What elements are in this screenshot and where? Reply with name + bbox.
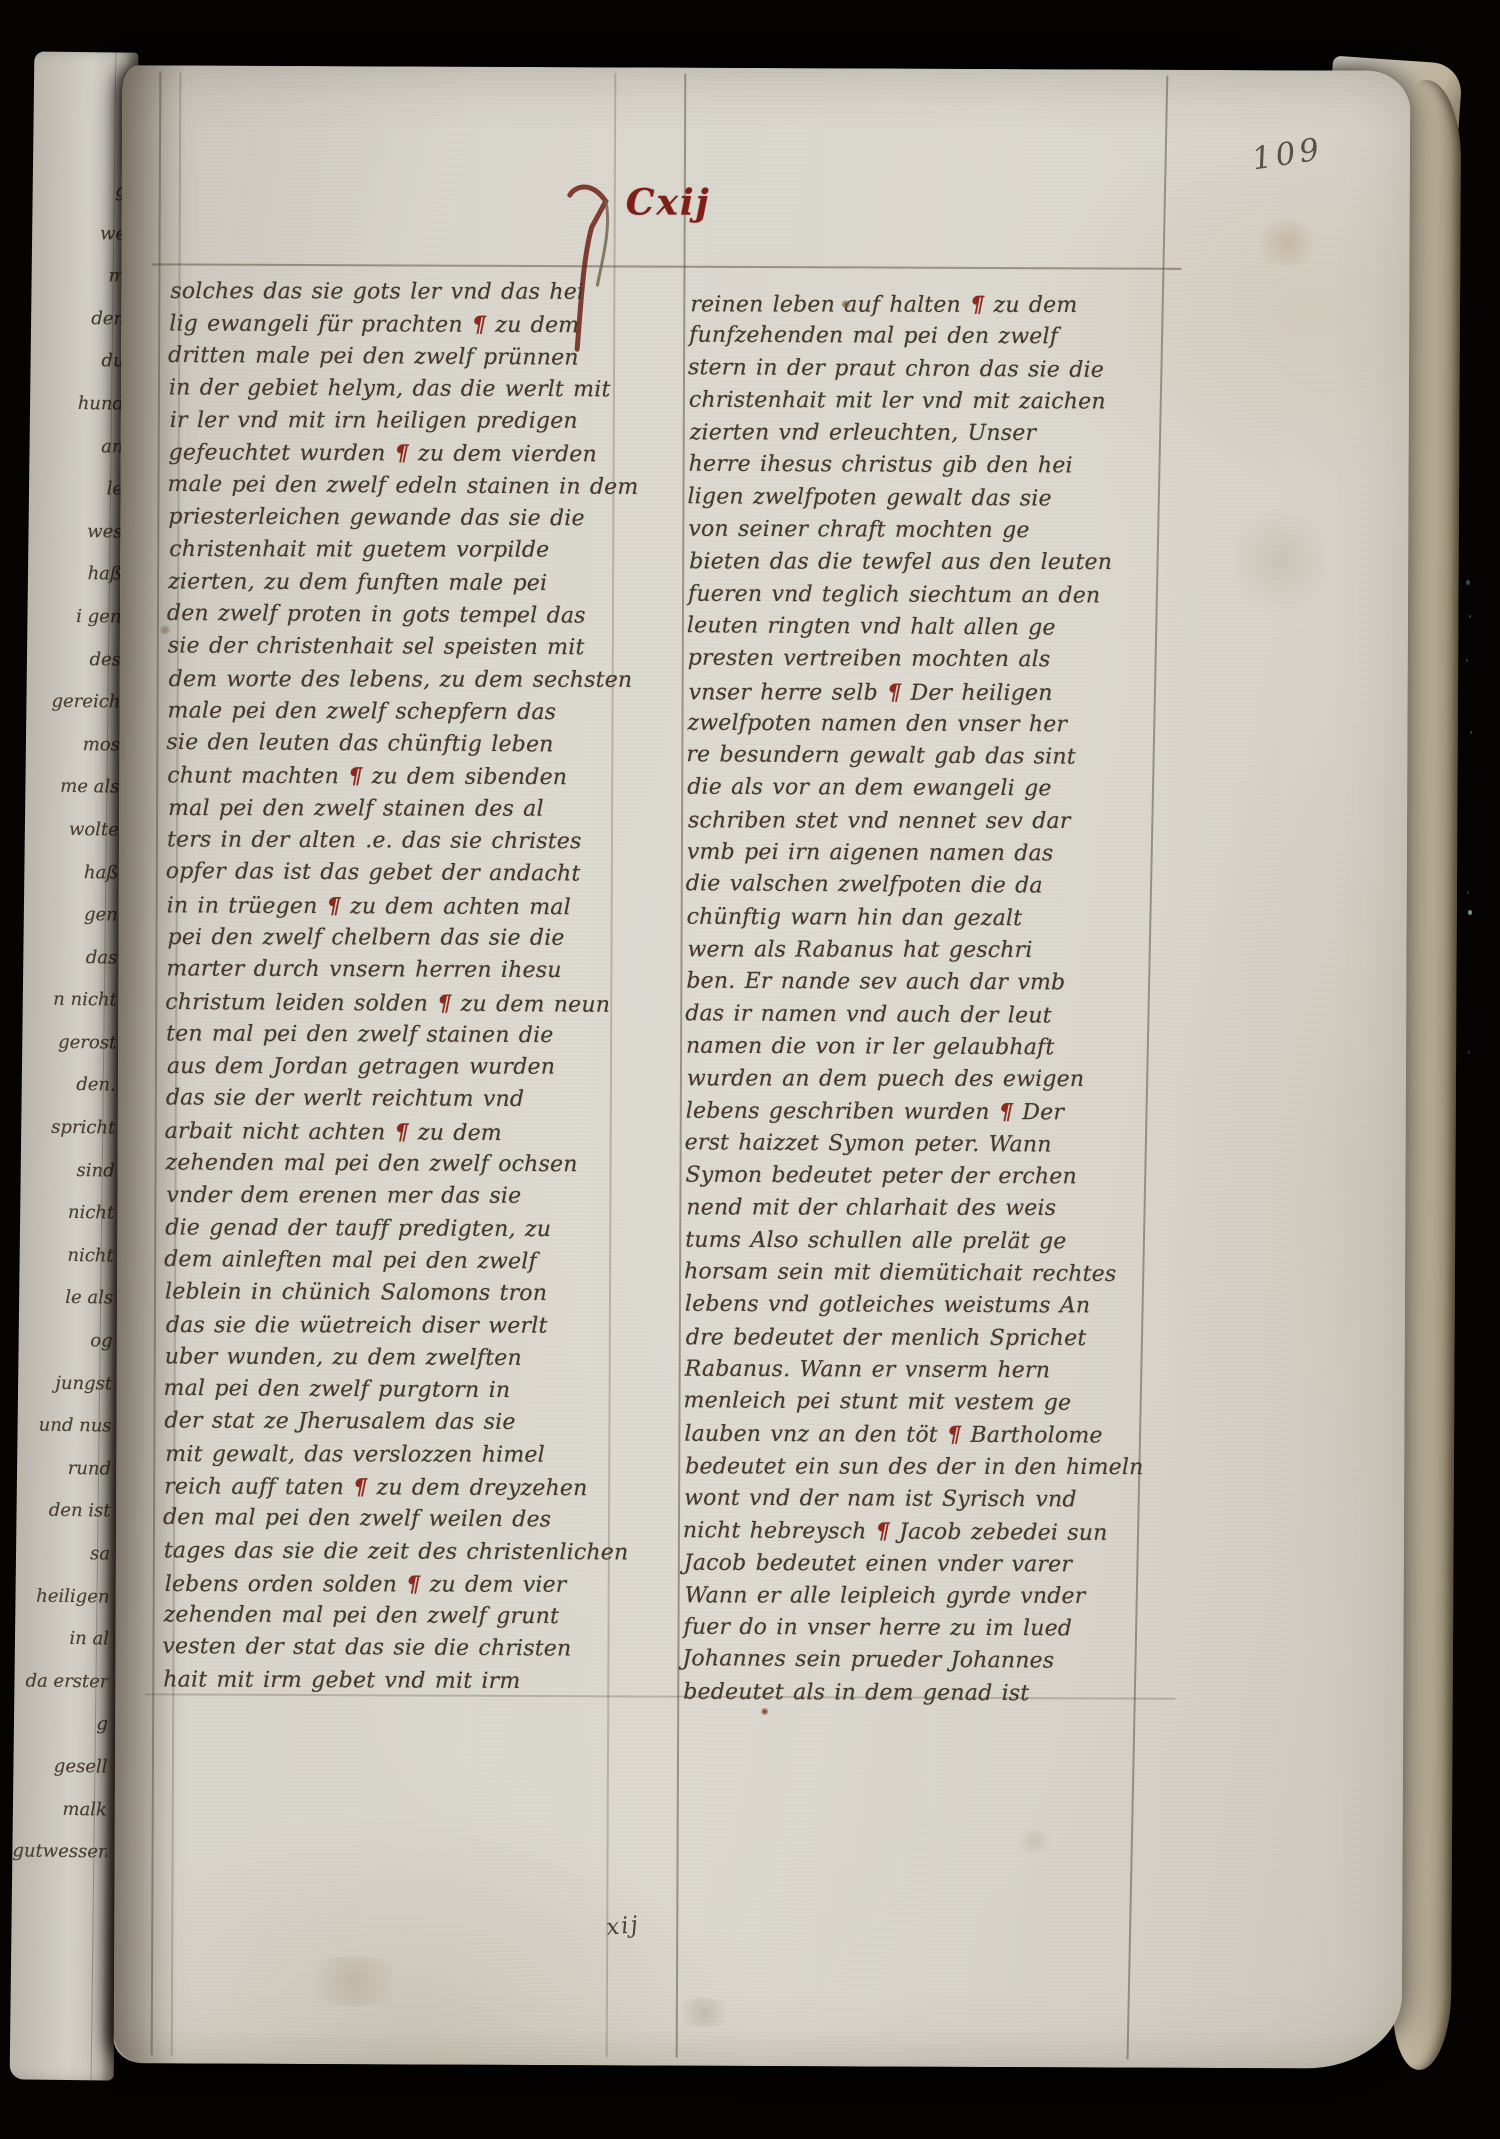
manuscript-text-line: zwelfpoten namen den vnser her xyxy=(687,708,1165,742)
manuscript-text-line: hait mit irm gebet vnd mit irm xyxy=(163,1664,641,1698)
manuscript-text-line: zierten, zu dem funften male pei xyxy=(168,566,646,600)
facing-page-text-fragment: sa xyxy=(16,1532,111,1576)
red-pilcrow-mark: ¶ xyxy=(947,1422,961,1448)
manuscript-text-line: ligen zwelfpoten gewalt das sie xyxy=(687,481,1165,516)
foxing-stain xyxy=(1251,220,1321,266)
facing-page-text-fragment: an xyxy=(29,425,124,469)
manuscript-photograph: gwemdenduhundanleweshaßi gendesgereichmo… xyxy=(0,0,1500,2139)
manuscript-text-line: funfzehenden mal pei den zwelf xyxy=(689,320,1167,354)
manuscript-text-line: lebens vnd gotleiches weistums An xyxy=(685,1289,1163,1323)
manuscript-text-line: in in trüegen ¶ zu dem achten mal xyxy=(167,889,645,923)
facing-page-text-fragment: das xyxy=(23,936,118,980)
facing-page-text-fragment: m xyxy=(31,255,126,299)
red-pilcrow-mark: ¶ xyxy=(970,292,984,318)
manuscript-text-line: sie der christenhait sel speisten mit xyxy=(168,631,646,665)
manuscript-text-line: zehenden mal pei den zwelf ochsen xyxy=(166,1147,644,1181)
foxing-stain xyxy=(1235,500,1326,620)
manuscript-text-line: dre bedeutet der menlich Sprichet xyxy=(686,1322,1164,1355)
manuscript-text-line: mit gewalt, das verslozzen himel xyxy=(165,1439,643,1472)
manuscript-text-line: lauben vnz an den töt ¶ Bartholome xyxy=(684,1418,1162,1452)
folio-number: 109 xyxy=(1250,131,1326,177)
manuscript-text-line: dritten male pei den zwelf prünnen xyxy=(168,339,646,374)
manuscript-text-line: horsam sein mit diemütichait rechtes xyxy=(684,1256,1162,1291)
facing-page-text-fragment: mos xyxy=(26,723,121,767)
facing-page-text-fragment: le xyxy=(29,468,124,512)
facing-page-text-fragment: heiligen xyxy=(15,1575,110,1619)
manuscript-text-line: zierten vnd erleuchten, Unser xyxy=(690,417,1168,450)
facing-page-text-fragment: haß xyxy=(28,553,123,597)
facing-page-text-fragment: og xyxy=(18,1319,113,1363)
manuscript-text-line: die valschen zwelfpoten die da xyxy=(686,869,1164,904)
facing-page-text-fragment: haß xyxy=(24,851,119,895)
manuscript-text-line: christenhait mit ler vnd mit zaichen xyxy=(689,385,1167,419)
manuscript-text-line: opfer das ist das gebet der andacht xyxy=(166,856,644,891)
manuscript-text-line: bedeutet als in dem genad ist xyxy=(683,1676,1161,1710)
manuscript-text-line: christum leiden solden ¶ zu dem neun xyxy=(165,985,643,1020)
manuscript-text-line: vnser herre selb ¶ Der heiligen xyxy=(689,676,1167,709)
manuscript-text-line: nicht hebreysch ¶ Jacob zebedei sun xyxy=(683,1514,1161,1549)
foxing-stain xyxy=(294,1956,414,2007)
facing-page-text-fragment: gerost xyxy=(22,1021,117,1065)
manuscript-text-line: lig ewangeli für prachten ¶ zu dem xyxy=(169,308,647,342)
foxing-stain xyxy=(1015,1829,1055,1853)
manuscript-text-line: fuer do in vnser herre zu im lued xyxy=(683,1612,1161,1646)
facing-page-text-fragment: wes xyxy=(28,510,123,554)
facing-page-text-fragment: malk xyxy=(13,1788,108,1832)
manuscript-text-line: mal pei den zwelf stainen des al xyxy=(168,793,646,826)
manuscript-text-line: aus dem Jordan getragen wurden xyxy=(167,1051,645,1084)
manuscript-text-line: arbait nicht achten ¶ zu dem xyxy=(165,1115,643,1150)
facing-page-text-fragment: in al xyxy=(15,1618,110,1662)
manuscript-text-line: den mal pei den zwelf weilen des xyxy=(163,1502,641,1537)
facing-page-text-fragment: den xyxy=(31,297,126,341)
manuscript-text-line: solches das sie gots ler vnd das hei xyxy=(170,276,648,309)
facing-page-text-fragment: wolte xyxy=(25,808,120,852)
manuscript-text-line: male pei den zwelf schepfern das xyxy=(167,695,645,729)
manuscript-text-line: marter durch vnsern herren ihesu xyxy=(166,954,644,988)
facing-page-text-fragment: sind xyxy=(20,1149,115,1193)
manuscript-page: 109 Cxij solches das sie gots ler vnd da… xyxy=(114,65,1411,2069)
red-pilcrow-mark: ¶ xyxy=(327,893,341,919)
manuscript-text-line: chünftig warn hin dan gezalt xyxy=(687,901,1165,935)
manuscript-text-line: menleich pei stunt mit vestem ge xyxy=(683,1385,1161,1420)
manuscript-text-line: das sie die wüetreich diser werlt xyxy=(166,1310,644,1343)
fore-edge-speckles xyxy=(1466,580,1470,585)
facing-page-text-fragment: den. xyxy=(22,1064,117,1108)
text-column-right: reinen leben auf halten ¶ zu demfunfzehe… xyxy=(683,288,1167,1711)
manuscript-text-line: tums Also schullen alle prelät ge xyxy=(685,1224,1163,1258)
manuscript-text-line: schriben stet vnd nennet sev dar xyxy=(688,805,1166,838)
manuscript-text-line: wont vnd der nam ist Syrisch vnd xyxy=(684,1483,1162,1517)
manuscript-text-line: uber wunden, zu dem zwelften xyxy=(165,1341,643,1375)
manuscript-text-line: Rabanus. Wann er vnserm hern xyxy=(685,1353,1163,1387)
manuscript-text-line: ir ler vnd mit irn heiligen predigen xyxy=(170,405,648,438)
manuscript-text-line: ten mal pei den zwelf stainen die xyxy=(166,1018,644,1052)
facing-page-text-fragment: des xyxy=(27,638,122,682)
manuscript-text-line: erst haizzet Symon peter. Wann xyxy=(685,1127,1163,1162)
manuscript-text-line: mal pei den zwelf purgtorn in xyxy=(163,1373,641,1408)
ruling-line-top xyxy=(151,263,1181,269)
red-pilcrow-mark: ¶ xyxy=(999,1099,1013,1125)
manuscript-text-line: lebens geschriben wurden ¶ Der xyxy=(686,1095,1164,1129)
facing-page-text-fragment: nicht xyxy=(19,1234,114,1278)
manuscript-text-line: chunt machten ¶ zu dem sibenden xyxy=(167,760,645,794)
manuscript-text-line: den zwelf proten in gots tempel das xyxy=(167,598,645,633)
facing-page-text-fragment: g xyxy=(14,1703,109,1747)
facing-page-text-fragment: hund xyxy=(30,382,125,426)
manuscript-text-line: bedeutet ein sun des der in den himeln xyxy=(685,1451,1163,1484)
manuscript-text-line: pei den zwelf chelbern das sie die xyxy=(168,922,646,955)
manuscript-text-line: namen die von ir ler gelaubhaft xyxy=(686,1030,1164,1064)
facing-page-text-fragment: da erster xyxy=(14,1660,109,1704)
manuscript-text-line: in der gebiet helym, das die werlt mit xyxy=(169,372,647,406)
manuscript-text-line: reinen leben auf halten ¶ zu dem xyxy=(690,288,1168,321)
facing-page-text-fragment: me als xyxy=(25,766,120,810)
manuscript-text-line: priesterleichen gewande das sie die xyxy=(168,501,646,535)
ruling-line-right-column-left xyxy=(676,74,686,2058)
facing-page-text-fragment: we xyxy=(32,212,127,256)
facing-page-text-fragment: und nus xyxy=(17,1405,112,1449)
facing-page-text-fragment: den ist xyxy=(16,1490,111,1534)
manuscript-text-line: vnder dem erenen mer das sie xyxy=(166,1180,644,1213)
manuscript-text-line: nend mit der chlarhait des weis xyxy=(686,1193,1164,1226)
foxing-stain xyxy=(674,1998,734,2028)
manuscript-text-line: die als vor an dem ewangeli ge xyxy=(687,772,1165,806)
red-pilcrow-mark: ¶ xyxy=(887,679,901,705)
manuscript-text-line: Wann er alle leipleich gyrde vnder xyxy=(685,1580,1163,1613)
quire-mark: xij xyxy=(605,1912,641,1941)
facing-page-text-fragment: jungst xyxy=(18,1362,113,1406)
manuscript-text-line: lebens orden solden ¶ zu dem vier xyxy=(165,1568,643,1601)
facing-page-text-fragment: gesell xyxy=(13,1745,108,1789)
red-pilcrow-mark: ¶ xyxy=(472,312,486,338)
manuscript-text-line: wurden an dem puech des ewigen xyxy=(687,1063,1165,1096)
red-pilcrow-mark: ¶ xyxy=(406,1571,420,1597)
manuscript-text-line: presten vertreiben mochten als xyxy=(688,643,1166,677)
manuscript-text-line: das ir namen vnd auch der leut xyxy=(685,998,1163,1033)
manuscript-text-line: bieten das die tewfel aus den leuten xyxy=(689,547,1167,580)
manuscript-text-line: dem ainleften mal pei den zwelf xyxy=(164,1244,642,1279)
manuscript-text-line: herre ihesus christus gib den hei xyxy=(689,449,1167,483)
manuscript-text-line: leblein in chünich Salomons tron xyxy=(165,1277,643,1311)
manuscript-text-line: das sie der werlt reichtum vnd xyxy=(166,1083,644,1117)
facing-page-text-fragment: g xyxy=(32,169,127,213)
manuscript-text-line: Symon bedeutet peter der erchen xyxy=(685,1160,1163,1194)
red-pilcrow-mark: ¶ xyxy=(876,1519,890,1545)
red-pilcrow-mark: ¶ xyxy=(353,1474,367,1500)
facing-page-text-fragment: nicht xyxy=(20,1192,115,1236)
facing-page-text-fragment: n nicht xyxy=(23,979,118,1023)
facing-page-text-fragment: rund xyxy=(17,1447,112,1491)
red-pilcrow-mark: ¶ xyxy=(348,764,362,790)
facing-page-text-fragment: gutwessen xyxy=(12,1830,107,1874)
manuscript-text-line: christenhait mit guetem vorpilde xyxy=(169,534,647,567)
manuscript-text-line: vmb pei irn aigenen namen das xyxy=(687,837,1165,871)
manuscript-text-line: dem worte des lebens, zu dem sechsten xyxy=(169,664,647,697)
facing-page-text-fragment: le als xyxy=(19,1277,114,1321)
manuscript-text-line: gefeuchtet wurden ¶ zu dem vierden xyxy=(169,437,647,471)
manuscript-text-line: stern in der praut chron das sie die xyxy=(688,352,1166,387)
manuscript-text-line: die genad der tauff predigten, zu xyxy=(165,1212,643,1246)
manuscript-text-line: leuten ringten vnd halt allen ge xyxy=(687,610,1165,645)
facing-page-text-fragments: gwemdenduhundanleweshaßi gendesgereichmo… xyxy=(12,169,127,1874)
manuscript-text-line: sie den leuten das chünftig leben xyxy=(166,727,644,762)
manuscript-text-line: re besundern gewalt gab das sint xyxy=(686,739,1164,774)
manuscript-text-line: fueren vnd teglich siechtum an den xyxy=(688,578,1166,612)
manuscript-text-line: ters in der alten .e. das sie christes xyxy=(167,824,645,858)
manuscript-text-line: vesten der stat das sie die christen xyxy=(162,1631,640,1666)
chapter-number-red: Cxij xyxy=(626,181,711,223)
manuscript-text-line: von seiner chraft mochten ge xyxy=(688,514,1166,548)
facing-page-text-fragment: i gen xyxy=(27,595,122,639)
text-column-left: solches das sie gots ler vnd das heilig … xyxy=(163,275,647,1698)
manuscript-text-line: Jacob bedeutet einen vnder varer xyxy=(684,1547,1162,1581)
ink-speck xyxy=(160,625,170,634)
red-pilcrow-mark: ¶ xyxy=(395,1119,409,1145)
red-pilcrow-mark: ¶ xyxy=(437,990,451,1016)
red-pilcrow-mark: ¶ xyxy=(395,441,409,467)
facing-page-text-fragment: spricht xyxy=(21,1106,116,1150)
manuscript-text-line: tages das sie die zeit des christenliche… xyxy=(164,1535,642,1569)
manuscript-text-line: Johannes sein prueder Johannes xyxy=(682,1644,1160,1679)
manuscript-text-line: wern als Rabanus hat geschri xyxy=(687,934,1165,967)
manuscript-text-line: zehenden mal pei den zwelf grunt xyxy=(164,1600,642,1634)
manuscript-text-line: ben. Er nande sev auch dar vmb xyxy=(686,966,1164,1000)
ink-spot xyxy=(841,300,850,308)
manuscript-text-line: reich auff taten ¶ zu dem dreyzehen xyxy=(164,1470,642,1504)
facing-page-text-fragment: du xyxy=(30,340,125,384)
red-dot-stain xyxy=(761,1708,768,1715)
manuscript-text-line: male pei den zwelf edeln stainen in dem xyxy=(167,469,645,504)
facing-page-text-fragment: gereich xyxy=(26,681,121,725)
manuscript-text-line: der stat ze Jherusalem das sie xyxy=(164,1406,642,1440)
facing-page-text-fragment: gen xyxy=(24,893,119,937)
